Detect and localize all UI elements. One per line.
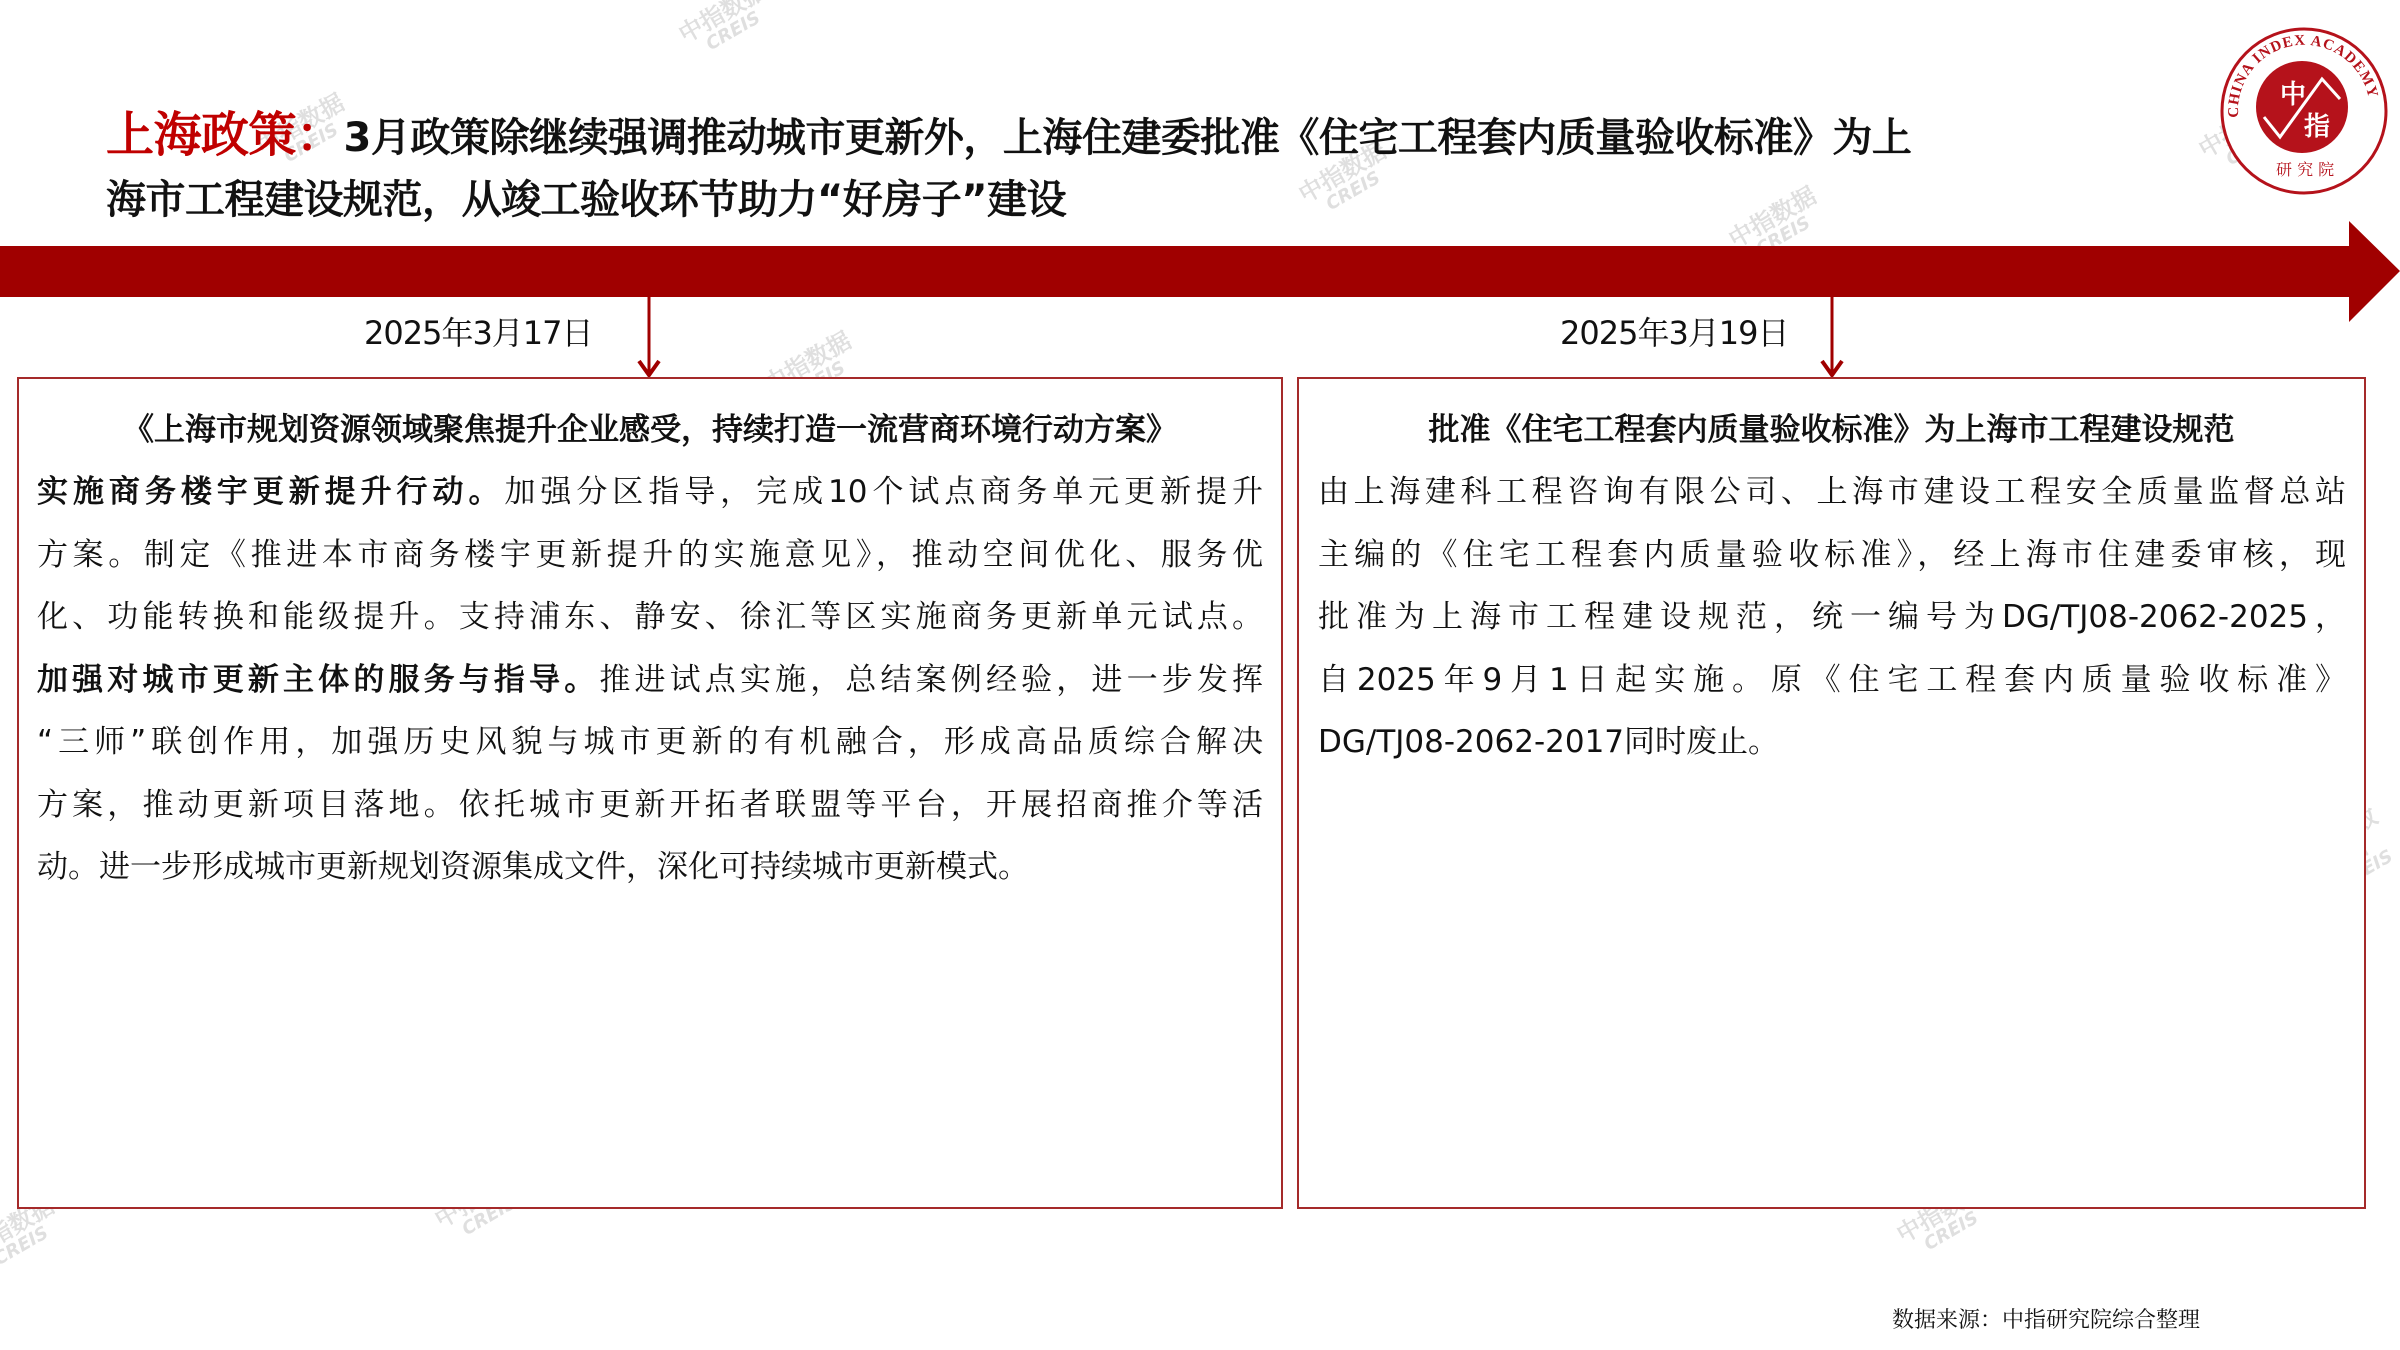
body-line: 化、功能转换和能级提升。支持浦东、静安、徐汇等区实施商务更新单元试点。 [37, 586, 1263, 649]
body-line-text: 动。进一步形成城市更新规划资源集成文件，深化可持续城市更新模式。 [37, 849, 1029, 885]
body-line-text: 自2025年9月1日起实施。原《住宅工程套内质量验收标准》 [1318, 662, 2346, 698]
event-date-2: 2025年3月19日 [1560, 313, 1789, 353]
title-line-1: 3月政策除继续强调推动城市更新外，上海住建委批准《住宅工程套内质量验收标准》为上 [344, 115, 1912, 161]
body-line-bold: 加强对城市更新主体的服务与指导。 [37, 662, 599, 698]
event-2-headline: 批准《住宅工程套内质量验收标准》为上海市工程建设规范 [1299, 399, 2364, 461]
body-line: 实施商务楼宇更新提升行动。加强分区指导，完成10个试点商务单元更新提升 [37, 461, 1263, 524]
body-line-text: 化、功能转换和能级提升。支持浦东、静安、徐汇等区实施商务更新单元试点。 [37, 599, 1263, 635]
body-line: 方案，推动更新项目落地。依托城市更新开拓者联盟等平台，开展招商推介等活 [37, 774, 1263, 837]
event-2-body: 由上海建科工程咨询有限公司、上海市建设工程安全质量监督总站 主编的《住宅工程套内… [1299, 461, 2364, 774]
down-arrow-icon [634, 297, 664, 379]
title-prefix: 上海政策： [106, 107, 344, 163]
svg-text:指: 指 [2304, 112, 2330, 142]
body-line-text: 推进试点实施，总结案例经验，进一步发挥 [599, 662, 1263, 698]
body-line-text: DG/TJ08-2062-2017同时废止。 [1318, 724, 1779, 760]
china-index-academy-logo: CHINA INDEX ACADEMY 中 指 研 究 院 [2218, 27, 2390, 199]
body-line-text: 加强分区指导，完成10个试点商务单元更新提升 [504, 474, 1263, 510]
data-source-note: 数据来源：中指研究院综合整理 [1892, 1306, 2200, 1336]
body-line-text: 方案。制定《推进本市商务楼宇更新提升的实施意见》，推动空间优化、服务优 [37, 537, 1263, 573]
body-line: 加强对城市更新主体的服务与指导。推进试点实施，总结案例经验，进一步发挥 [37, 649, 1263, 712]
body-line: DG/TJ08-2062-2017同时废止。 [1318, 711, 2346, 774]
title-line-2: 海市工程建设规范，从竣工验收环节助力“好房子”建设 [106, 177, 1066, 223]
body-line-text: 方案，推动更新项目落地。依托城市更新开拓者联盟等平台，开展招商推介等活 [37, 787, 1263, 823]
body-line: 动。进一步形成城市更新规划资源集成文件，深化可持续城市更新模式。 [37, 836, 1263, 899]
timeline-arrow [0, 218, 2400, 324]
body-line: 由上海建科工程咨询有限公司、上海市建设工程安全质量监督总站 [1318, 461, 2346, 524]
body-line-text: 批准为上海市工程建设规范，统一编号为DG/TJ08-2062-2025， [1318, 599, 2346, 635]
svg-text:中: 中 [2280, 80, 2306, 110]
body-line: “三师”联创作用，加强历史风貌与城市更新的有机融合，形成高品质综合解决 [37, 711, 1263, 774]
body-line-bold: 实施商务楼宇更新提升行动。 [37, 474, 504, 510]
body-line: 方案。制定《推进本市商务楼宇更新提升的实施意见》，推动空间优化、服务优 [37, 524, 1263, 587]
body-line: 主编的《住宅工程套内质量验收标准》，经上海市住建委审核，现 [1318, 524, 2346, 587]
page-title: 上海政策：3月政策除继续强调推动城市更新外，上海住建委批准《住宅工程套内质量验收… [106, 104, 2166, 231]
body-line: 批准为上海市工程建设规范，统一编号为DG/TJ08-2062-2025， [1318, 586, 2346, 649]
body-line-text: 由上海建科工程咨询有限公司、上海市建设工程安全质量监督总站 [1318, 474, 2346, 510]
body-line-text: 主编的《住宅工程套内质量验收标准》，经上海市住建委审核，现 [1318, 537, 2346, 573]
event-1-headline: 《上海市规划资源领域聚焦提升企业感受，持续打造一流营商环境行动方案》 [19, 399, 1281, 461]
down-arrow-icon [1817, 297, 1847, 379]
event-1-body: 实施商务楼宇更新提升行动。加强分区指导，完成10个试点商务单元更新提升 方案。制… [19, 461, 1281, 899]
watermark: 中指数据CREIS [675, 0, 780, 65]
body-line-text: “三师”联创作用，加强历史风貌与城市更新的有机融合，形成高品质综合解决 [37, 724, 1263, 760]
event-date-1: 2025年3月17日 [364, 313, 593, 353]
event-card-2: 批准《住宅工程套内质量验收标准》为上海市工程建设规范 由上海建科工程咨询有限公司… [1297, 377, 2366, 1209]
body-line: 自2025年9月1日起实施。原《住宅工程套内质量验收标准》 [1318, 649, 2346, 712]
event-card-1: 《上海市规划资源领域聚焦提升企业感受，持续打造一流营商环境行动方案》 实施商务楼… [17, 377, 1283, 1209]
svg-text:研 究 院: 研 究 院 [2276, 160, 2334, 179]
